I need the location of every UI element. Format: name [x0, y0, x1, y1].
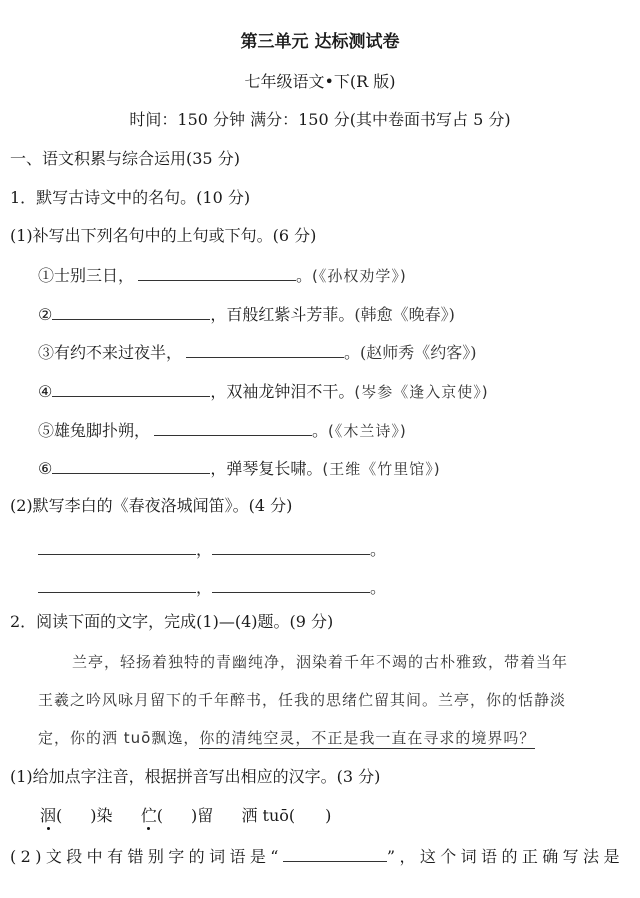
exam-meta: 时间：150 分钟 满分：150 分(其中卷面书写占 5 分) — [0, 110, 640, 130]
char-text: 染 — [97, 806, 113, 825]
item-source: (赵师秀《约客》) — [360, 343, 477, 362]
item-number: ⑥ — [38, 459, 52, 478]
part-2-suffix: ”，这个词语的正确写法是 — [387, 847, 624, 866]
question-1-part-1-label: (1)补写出下列名句中的上句或下句。(6 分) — [10, 226, 316, 246]
answer-blank[interactable] — [295, 805, 325, 821]
passage-line-3: 定，你的洒 tuō飘逸，你的清纯空灵，不正是我一直在寻求的境界吗？ — [38, 728, 535, 748]
question-2-part-1-label: (1)给加点字注音，根据拼音写出相应的汉字。(3 分) — [10, 767, 380, 787]
dotted-char: 伫 — [141, 806, 157, 825]
dotted-char: 洇 — [40, 806, 56, 825]
answer-blank[interactable] — [62, 805, 90, 821]
item-text-before: 有约不来过夜半， — [54, 343, 182, 362]
question-2-part-2: (2)文段中有错别字的词语是“”，这个词语的正确写法是 — [10, 845, 624, 867]
passage-line-1: 兰亭，轻扬着独特的青幽纯净，洇染着千年不竭的古朴雅致，带着当年 — [72, 652, 568, 672]
comma: ， — [196, 540, 212, 559]
pinyin-char: 洒 tuō — [241, 806, 288, 825]
exam-subtitle: 七年级语文•下(R 版) — [0, 72, 640, 92]
answer-blank[interactable] — [212, 576, 370, 593]
answer-blank[interactable] — [38, 538, 196, 555]
exam-title: 第三单元 达标测试卷 — [0, 32, 640, 52]
fill-item-4: ④，双袖龙钟泪不干。(岑参《逢入京使》) — [38, 380, 489, 402]
item-number: ⑤ — [38, 421, 54, 440]
answer-blank[interactable] — [52, 457, 210, 474]
item-number: ③ — [38, 343, 54, 362]
answer-blank[interactable] — [186, 341, 344, 358]
item-text-before: 士别三日， — [54, 266, 134, 285]
period: 。 — [370, 540, 386, 559]
item-text-after: 。 — [344, 343, 360, 362]
item-number: ① — [38, 266, 54, 285]
item-text-after: 。 — [312, 421, 328, 440]
pinyin-items: 洇()染 伫()留 洒 tuō() — [40, 805, 331, 826]
answer-blank[interactable] — [154, 419, 312, 436]
answer-blank[interactable] — [138, 264, 296, 281]
item-text-after: 。 — [296, 266, 312, 285]
item-text-before: 雄兔脚扑朔， — [54, 421, 150, 440]
answer-blank[interactable] — [52, 303, 210, 320]
answer-blank[interactable] — [163, 805, 191, 821]
poem-line-2: ，。 — [38, 576, 386, 598]
section-heading: 一、语文积累与综合运用(35 分) — [10, 149, 240, 169]
answer-blank[interactable] — [38, 576, 196, 593]
item-number: ④ — [38, 382, 52, 401]
item-text-after: ，双袖龙钟泪不干。 — [210, 382, 354, 401]
char-text: 留 — [197, 806, 213, 825]
fill-item-1: ①士别三日，。(《孙权劝学》) — [38, 264, 407, 286]
item-source: (韩愈《晚春》) — [354, 305, 455, 324]
period: 。 — [370, 578, 386, 597]
fill-item-5: ⑤雄兔脚扑朔，。(《木兰诗》) — [38, 419, 407, 441]
paren-close: ) — [325, 806, 331, 825]
answer-blank[interactable] — [52, 380, 210, 397]
question-2-label: 2．阅读下面的文字，完成(1)—(4)题。(9 分) — [10, 612, 333, 632]
item-text-after: ，弹琴复长啸。 — [210, 459, 322, 478]
passage-text: 定，你的洒 tuō飘逸， — [38, 729, 199, 747]
fill-item-6: ⑥，弹琴复长啸。(王维《竹里馆》) — [38, 457, 441, 479]
item-source: (《木兰诗》) — [328, 422, 407, 440]
question-1-part-2-label: (2)默写李白的《春夜洛城闻笛》。(4 分) — [10, 496, 292, 516]
answer-blank[interactable] — [212, 538, 370, 555]
item-source: (《孙权劝学》) — [312, 267, 407, 285]
fill-item-3: ③有约不来过夜半，。(赵师秀《约客》) — [38, 341, 477, 363]
item-text-after: ，百般红紫斗芳菲。 — [210, 305, 354, 324]
poem-line-1: ，。 — [38, 538, 386, 560]
passage-line-2: 王羲之吟风咏月留下的千年醉书，任我的思绪伫留其间。兰亭，你的恬静淡 — [38, 690, 566, 710]
item-source: (岑参《逢入京使》) — [354, 383, 488, 401]
answer-blank[interactable] — [283, 845, 387, 862]
part-2-prefix: (2)文段中有错别字的词语是“ — [10, 847, 283, 866]
item-source: (王维《竹里馆》) — [322, 460, 440, 478]
item-number: ② — [38, 305, 52, 324]
question-1-label: 1．默写古诗文中的名句。(10 分) — [10, 188, 250, 208]
underlined-sentence: 你的清纯空灵，不正是我一直在寻求的境界吗？ — [199, 729, 535, 749]
fill-item-2: ②，百般红紫斗芳菲。(韩愈《晚春》) — [38, 303, 455, 325]
comma: ， — [196, 578, 212, 597]
